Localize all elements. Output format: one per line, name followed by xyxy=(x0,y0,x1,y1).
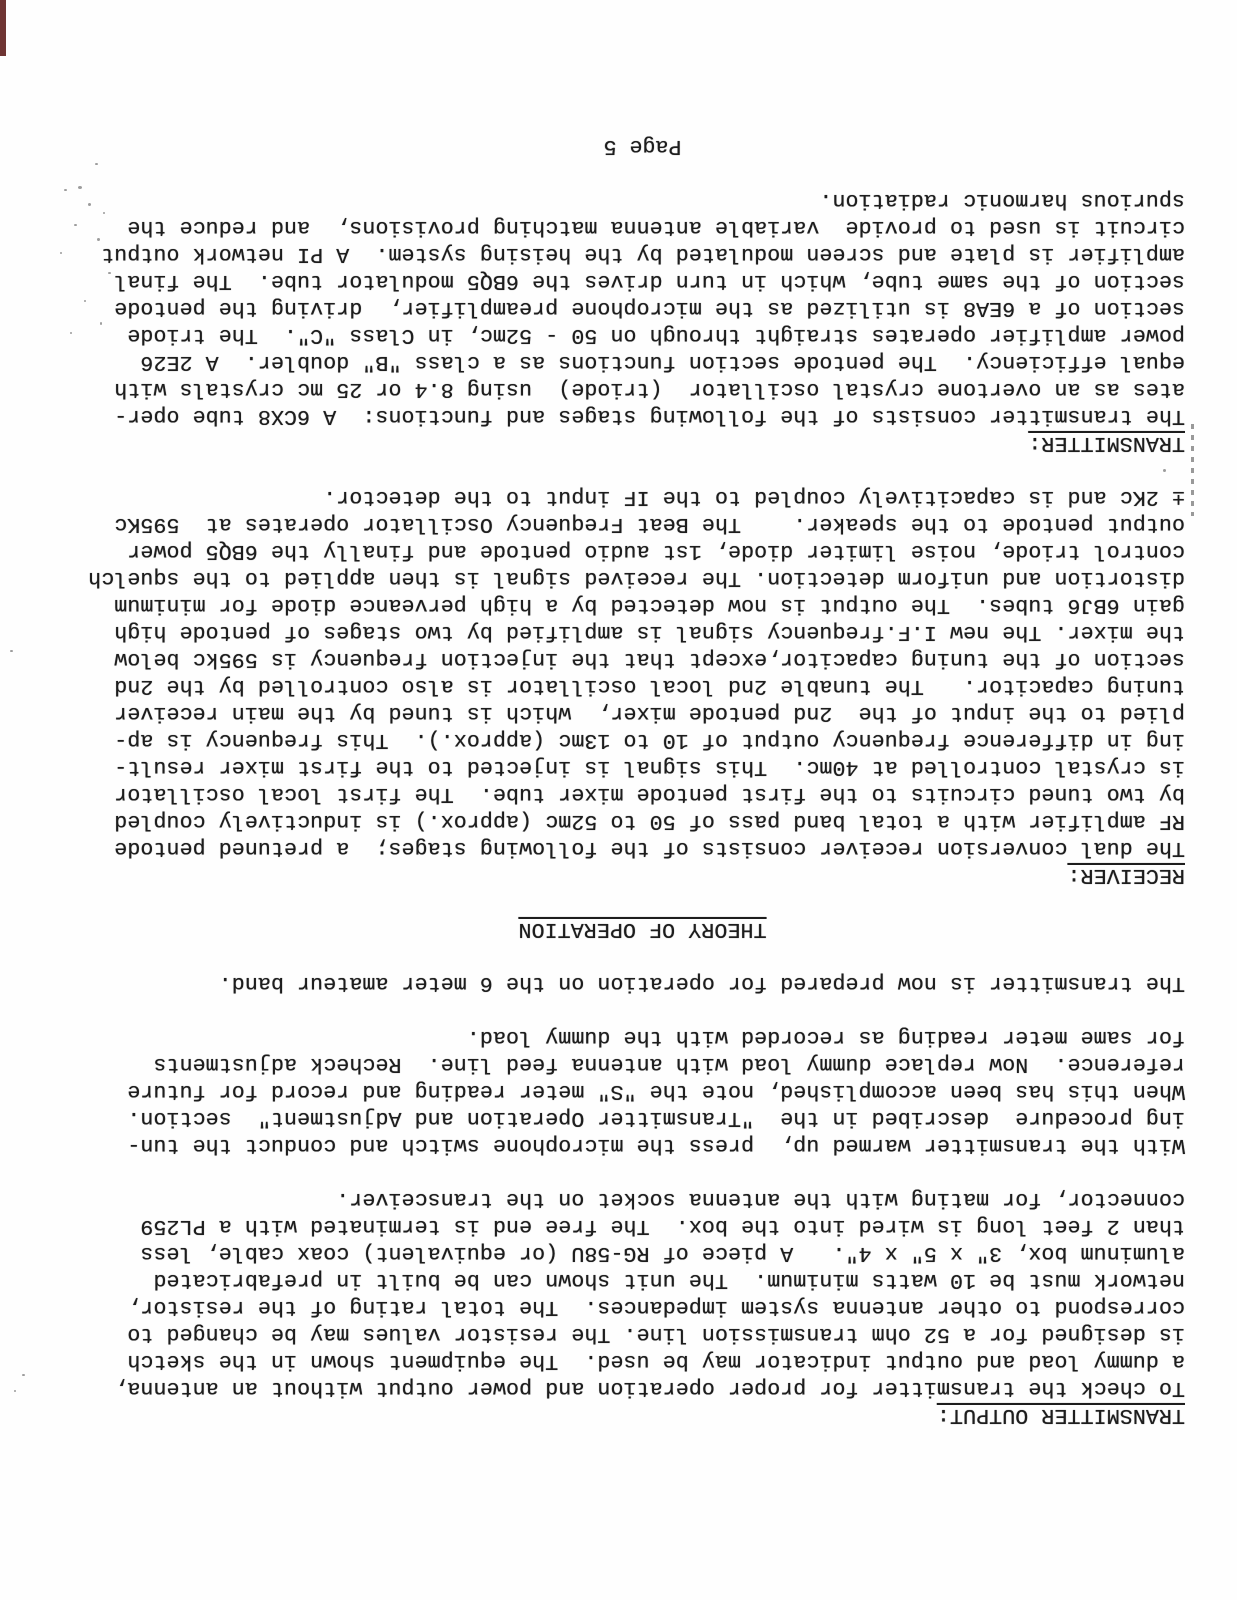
scan-speck xyxy=(74,224,77,226)
paragraph-transmitter-output-check: To check the transmitter for proper oper… xyxy=(100,1185,1185,1401)
scan-speck xyxy=(60,252,62,254)
scan-speck xyxy=(10,650,13,652)
blank-line xyxy=(100,996,1185,1023)
scan-speck xyxy=(100,322,102,325)
scan-edge-mark xyxy=(0,0,6,56)
scanned-document: TRANSMITTER OUTPUT: To check the transmi… xyxy=(0,0,1237,1600)
section-heading-receiver: RECEIVER: xyxy=(100,861,1185,888)
scan-speck xyxy=(108,272,111,274)
blank-line xyxy=(100,888,1185,915)
paragraph-receiver: The dual conversion receiver consists of… xyxy=(100,483,1185,861)
section-heading-transmitter: TRANSMITTER: xyxy=(100,429,1185,456)
page-number: Page 5 xyxy=(100,132,1185,159)
scan-speck xyxy=(70,332,72,334)
scan-speck xyxy=(78,186,82,189)
blank-line xyxy=(100,159,1185,186)
blank-line xyxy=(100,942,1185,969)
scan-speck xyxy=(84,300,86,302)
paragraph-transmitter-output-tuning: With the transmitter warmed up, press th… xyxy=(100,1023,1185,1158)
scan-speck xyxy=(95,163,98,165)
scan-bleedthrough-mark xyxy=(1191,424,1194,516)
section-heading-transmitter-output: TRANSMITTER OUTPUT: xyxy=(100,1401,1185,1428)
blank-line xyxy=(100,456,1185,483)
scan-speck xyxy=(22,1374,25,1376)
scan-speck xyxy=(97,238,100,241)
closing-line-six-meter-band: The transmitter is now prepared for oper… xyxy=(100,969,1185,996)
document-page: TRANSMITTER OUTPUT: To check the transmi… xyxy=(0,0,1237,1600)
section-heading-theory-of-operation: THEORY OF OPERATION xyxy=(100,915,1185,942)
scan-speck xyxy=(14,1390,16,1392)
paragraph-transmitter: The transmitter consists of the followin… xyxy=(100,186,1185,429)
scan-speck xyxy=(1163,469,1166,472)
scan-speck xyxy=(64,189,67,191)
scan-speck xyxy=(103,212,105,214)
scan-speck xyxy=(88,203,91,206)
blank-line xyxy=(100,1158,1185,1185)
